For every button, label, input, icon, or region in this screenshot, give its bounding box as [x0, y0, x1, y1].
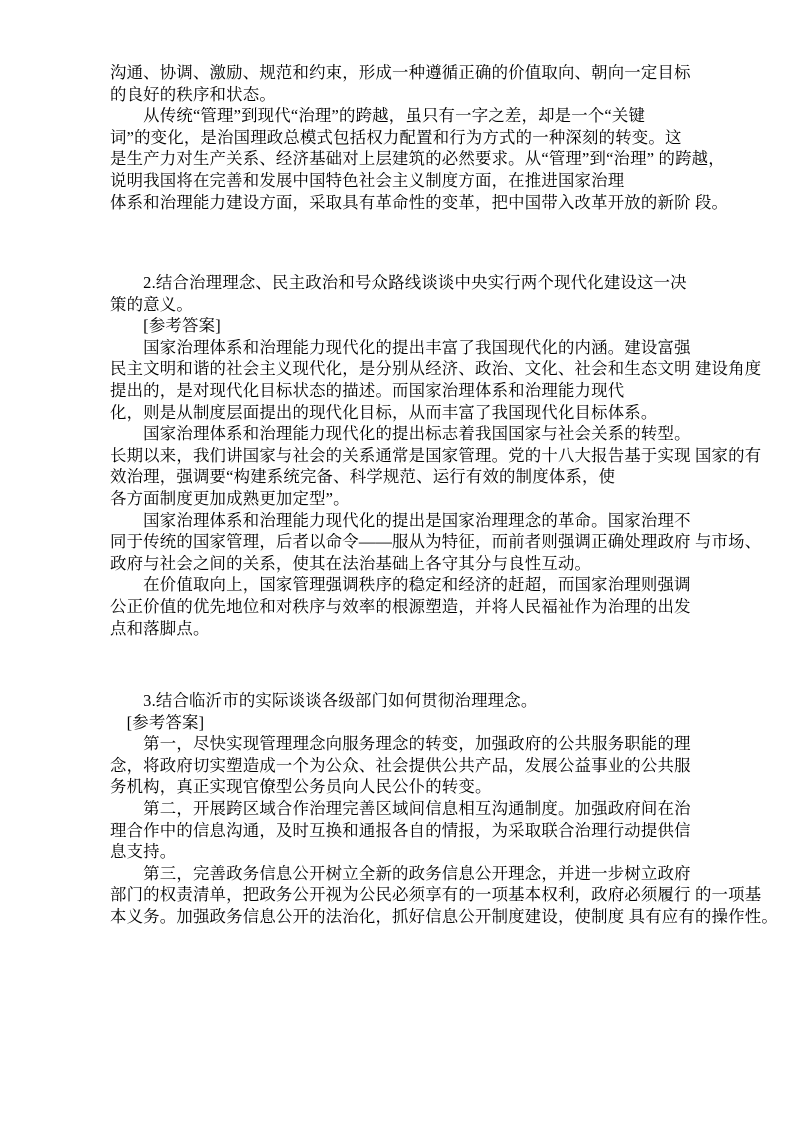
text-line: 是生产力对生产关系、经济基础对上层建筑的必然要求。从“管理”到“治理” 的跨越， [110, 148, 750, 170]
text-line: 在价值取向上，国家管理强调秩序的稳定和经济的赶超，而国家治理则强调 [110, 574, 750, 596]
text-line: 2.结合治理理念、民主政治和号众路线谈谈中央实行两个现代化建设这一决 [110, 272, 750, 294]
text-line: 息支持。 [110, 841, 750, 863]
text-line: 国家治理体系和治理能力现代化的提出标志着我国国家与社会关系的转型。 [110, 423, 750, 445]
text-line: 政府与社会之间的关系，使其在法治基础上各守其分与良性互动。 [110, 553, 750, 575]
text-line: 点和落脚点。 [110, 618, 750, 640]
text-line: 公正价值的优先地位和对秩序与效率的根源塑造，并将人民福祉作为治理的出发 [110, 596, 750, 618]
question2-block: 2.结合治理理念、民主政治和号众路线谈谈中央实行两个现代化建设这一决策的意义。 … [110, 272, 750, 639]
text-line: 策的意义。 [110, 294, 750, 316]
text-line: 长期以来，我们讲国家与社会的关系通常是国家管理。党的十八大报告基于实现 国家的有 [110, 445, 750, 467]
text-line: 沟通、协调、激励、规范和约束，形成一种遵循正确的价值取向、朝向一定目标 [110, 62, 750, 84]
text-line: 的良好的秩序和状态。 [110, 84, 750, 106]
text-line: 部门的权责清单，把政务公开视为公民必须享有的一项基本权利，政府必须履行 的一项基 [110, 884, 750, 906]
text-line: 词”的变化，是治国理政总模式包括权力配置和行为方式的一种深刻的转变。这 [110, 127, 750, 149]
text-line: 各方面制度更加成熟更加定型”。 [110, 488, 750, 510]
text-line: 同于传统的国家管理，后者以命令――服从为特征，而前者则强调正确处理政府 与市场、 [110, 531, 750, 553]
text-line: 提出的，是对现代化目标状态的描述。而国家治理体系和治理能力现代 [110, 380, 750, 402]
text-line: 第二，开展跨区域合作治理完善区域间信息相互沟通制度。加强政府间在治 [110, 798, 750, 820]
text-line: 体系和治理能力建设方面，采取具有革命性的变革，把中国带入改革开放的新阶 段。 [110, 192, 750, 214]
answer1-continuation-block: 沟通、协调、激励、规范和约束，形成一种遵循正确的价值取向、朝向一定目标的良好的秩… [110, 62, 750, 213]
text-line: 务机构，真正实现官僚型公务员向人民公仆的转变。 [110, 776, 750, 798]
text-line: 念，将政府切实塑造成一个为公众、社会提供公共产品，发展公益事业的公共服 [110, 755, 750, 777]
text-line: 第三，完善政务信息公开树立全新的政务信息公开理念，并进一步树立政府 [110, 863, 750, 885]
text-line: 3.结合临沂市的实际谈谈各级部门如何贯彻治理理念。 [110, 690, 750, 712]
text-line: 国家治理体系和治理能力现代化的提出丰富了我国现代化的内涵。建设富强 [110, 337, 750, 359]
text-line: 说明我国将在完善和发展中国特色社会主义制度方面，在推进国家治理 [110, 170, 750, 192]
text-line: 第一，尽快实现管理理念向服务理念的转变，加强政府的公共服务职能的理 [110, 733, 750, 755]
text-line: 国家治理体系和治理能力现代化的提出是国家治理理念的革命。国家治理不 [110, 510, 750, 532]
question3-block: 3.结合临沂市的实际谈谈各级部门如何贯彻治理理念。 [参考答案] 第一，尽快实现… [110, 690, 750, 928]
text-line: 理合作中的信息沟通，及时互换和通报各自的情报，为采取联合治理行动提供信 [110, 820, 750, 842]
document-page: 沟通、协调、激励、规范和约束，形成一种遵循正确的价值取向、朝向一定目标的良好的秩… [0, 0, 794, 1123]
text-line: 化，则是从制度层面提出的现代化目标，从而丰富了我国现代化目标体系。 [110, 402, 750, 424]
text-line: 民主文明和谐的社会主义现代化，是分别从经济、政治、文化、社会和生态文明 建设角度 [110, 358, 750, 380]
text-line: [参考答案] [110, 315, 750, 337]
text-line: 从传统“管理”到现代“治理”的跨越，虽只有一字之差，却是一个“关键 [110, 105, 750, 127]
text-line: [参考答案] [110, 712, 750, 734]
text-line: 本义务。加强政务信息公开的法治化，抓好信息公开制度建设，使制度 具有应有的操作性… [110, 906, 750, 928]
text-line: 效治理，强调要“构建系统完备、科学规范、运行有效的制度体系，使 [110, 466, 750, 488]
